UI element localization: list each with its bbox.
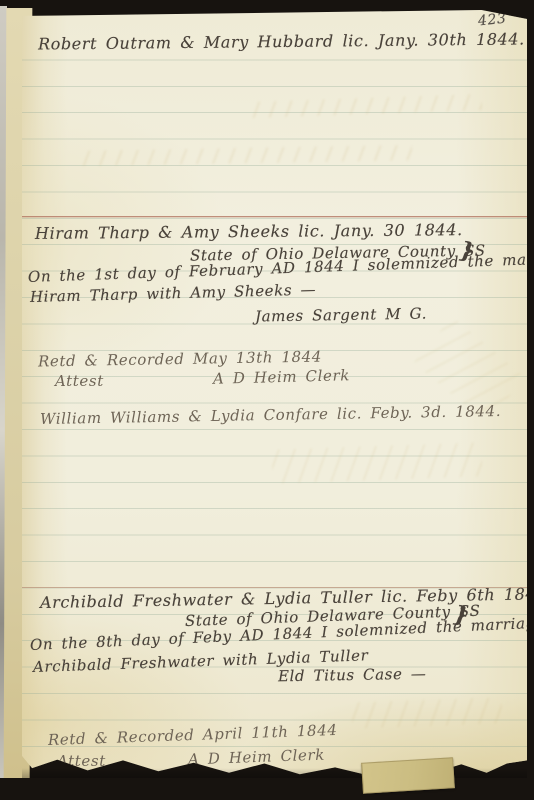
page-number: 423: [477, 11, 507, 30]
bleed-through-mark: [271, 442, 482, 483]
entry-freshwater-officiant-signature: Eld Titus Case —: [278, 665, 427, 686]
bleed-through-mark: [252, 94, 482, 118]
record-attest-1: Attest: [55, 372, 104, 390]
bleed-through-mark: [82, 145, 412, 166]
red-rule-upper: [22, 216, 527, 217]
tape-repair-patch: [361, 757, 455, 794]
scanned-ledger-photo: { "page": { "number": "423", "descriptio…: [0, 0, 534, 800]
clerk-signature-2: A D Heim Clerk: [188, 746, 325, 769]
entry-outram-hubbard-license: Robert Outram & Mary Hubbard lic. Jany. …: [38, 29, 525, 53]
record-recorded-april: Retd & Recorded April 11th 1844: [48, 721, 338, 749]
record-attest-2: Attest: [57, 752, 106, 770]
entry-williams-confare-license: William Williams & Lydia Confare lic. Fe…: [40, 402, 501, 428]
entry-tharp-sheeks-license: Hiram Tharp & Amy Sheeks lic. Jany. 30 1…: [35, 220, 463, 243]
bleed-through-mark: [352, 697, 503, 728]
ledger-page: 423 Robert Outram & Mary Hubbard lic. Ja…: [22, 10, 527, 782]
clerk-signature-1: A D Heim Clerk: [213, 366, 350, 388]
entry-tharp-officiant-signature: James Sargent M G.: [255, 305, 427, 326]
